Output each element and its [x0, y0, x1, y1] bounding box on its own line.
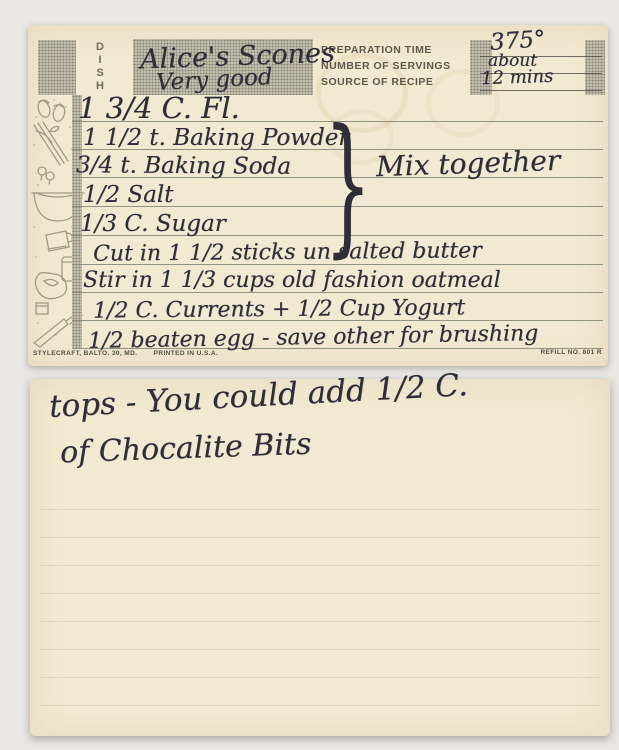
ingredient-line: 3/4 t. Baking Soda	[76, 152, 291, 180]
ingredient-line: 1 1/2 t. Baking Powder	[83, 125, 349, 151]
ingredient-line: 1/3 C. Sugar	[80, 211, 226, 237]
source-of-recipe-label: SOURCE OF RECIPE	[321, 74, 471, 90]
faint-ruled-line	[40, 677, 600, 678]
faint-ruled-line	[40, 621, 600, 622]
recipe-card-front: D I S H PREPARATION TIME NUMBER OF SERVI…	[28, 25, 608, 366]
ingredient-line: 1/2 Salt	[83, 182, 173, 208]
instruction-line: 1/2 C. Currents + 1/2 Cup Yogurt	[93, 295, 465, 323]
time-value-minutes: 12 mins	[481, 66, 554, 90]
recipe-card-back: tops - You could add 1/2 C. of Chocalite…	[30, 379, 610, 736]
dish-letter: S	[92, 67, 108, 80]
header-right-halftone-block	[585, 40, 605, 95]
dish-letter: I	[92, 54, 108, 67]
manufacturer-text: STYLECRAFT, BALTO. 30, MD.	[33, 350, 137, 357]
mix-together-note: Mix together	[375, 144, 560, 183]
dish-letter: D	[92, 41, 108, 54]
instruction-line: Cut in 1 1/2 sticks un salted butter	[93, 238, 482, 266]
handwritten-brace: }	[324, 111, 372, 259]
back-note-line-1: tops - You could add 1/2 C.	[48, 367, 468, 425]
printed-in-usa-text: PRINTED IN U.S.A.	[154, 350, 219, 357]
faint-ruled-line	[40, 705, 600, 706]
ingredient-line: 1 3/4 C. Fl.	[78, 91, 240, 125]
refill-number-footer: REFILL NO. 801 R	[540, 349, 602, 356]
faint-ruled-line	[40, 509, 600, 510]
dish-label: D I S H	[92, 41, 108, 93]
instruction-line: Stir in 1 1/3 cups old fashion oatmeal	[83, 268, 501, 293]
faint-ruled-line	[40, 649, 600, 650]
faint-ruled-line	[40, 537, 600, 538]
faint-ruled-line	[40, 565, 600, 566]
number-of-servings-label: NUMBER OF SERVINGS	[321, 58, 471, 74]
printed-header-labels: PREPARATION TIME NUMBER OF SERVINGS SOUR…	[321, 42, 471, 90]
back-note-line-2: of Chocalite Bits	[59, 427, 311, 471]
manufacturer-footer: STYLECRAFT, BALTO. 30, MD. PRINTED IN U.…	[33, 350, 232, 357]
header-rule	[480, 90, 602, 91]
preparation-time-label: PREPARATION TIME	[321, 42, 471, 58]
faint-ruled-line	[40, 593, 600, 594]
scanned-recipe-cards: D I S H PREPARATION TIME NUMBER OF SERVI…	[0, 0, 619, 750]
header-left-halftone-block	[38, 40, 76, 95]
